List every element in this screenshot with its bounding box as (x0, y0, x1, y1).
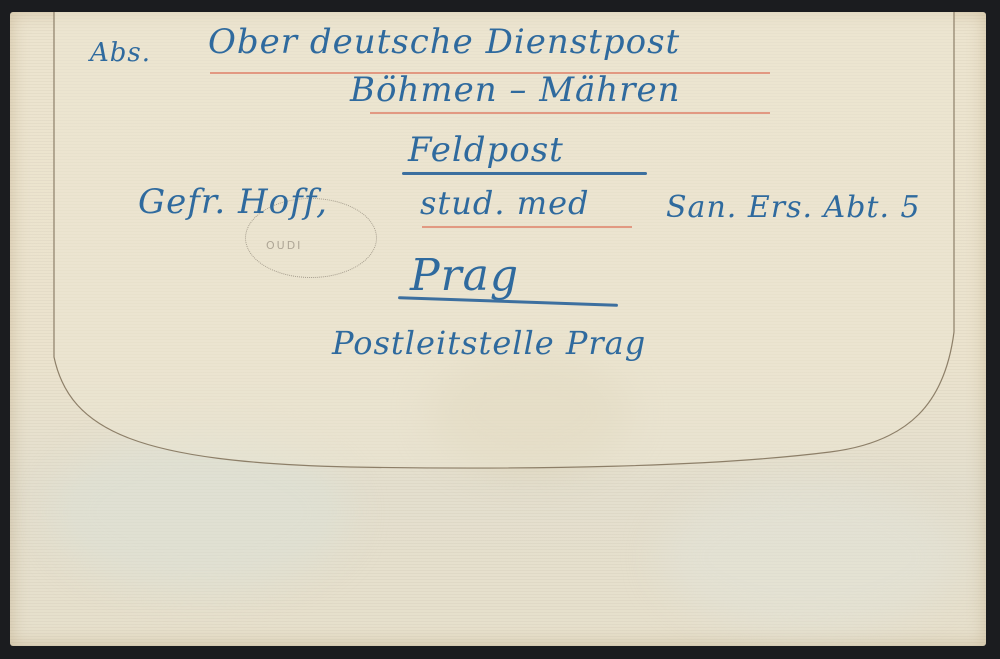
envelope-back: OUDI Abs. Ober deutsche Dienstpost Böhme… (10, 12, 986, 646)
address-line-dienstpost: Ober deutsche Dienstpost (208, 22, 680, 62)
paper-stain (660, 482, 960, 632)
blue-underline (402, 172, 647, 175)
address-line-feldpost: Feldpost (408, 130, 564, 170)
red-underline (422, 226, 632, 228)
address-line-unit: San. Ers. Abt. 5 (666, 190, 921, 225)
address-line-bohmen-mahren: Böhmen – Mähren (350, 70, 680, 110)
postmark-text: OUDI (266, 239, 302, 252)
address-line-city: Prag (410, 250, 519, 301)
address-line-study: stud. med (420, 184, 589, 222)
red-underline (370, 112, 770, 114)
address-line-rank: Gefr. Hoff, (138, 182, 328, 222)
sender-abs-label: Abs. (90, 38, 151, 68)
address-line-postleitstelle: Postleitstelle Prag (332, 324, 646, 362)
